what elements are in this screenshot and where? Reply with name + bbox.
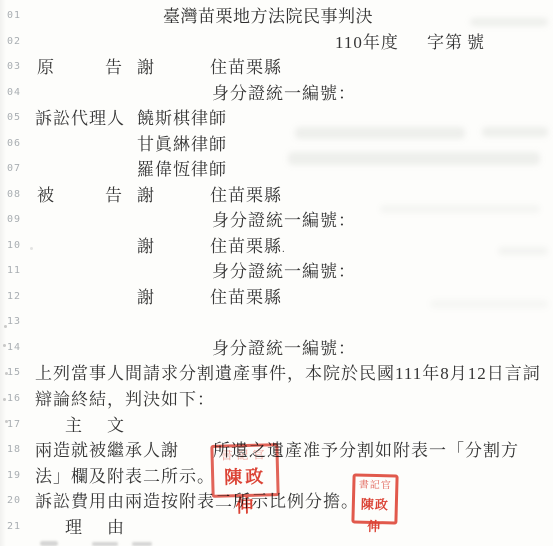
line-number: 07 — [7, 163, 21, 174]
id-number-label: 身分證統一編號： — [212, 83, 356, 105]
line-number: 17 — [7, 419, 21, 430]
scan-artifact — [40, 541, 58, 546]
plaintiff-address: 住苗栗縣 — [210, 57, 282, 79]
defendant-surname: 謝 — [137, 185, 155, 207]
doc-line-11: 11 身分證統一編號： — [0, 261, 553, 285]
plaintiff-role-second: 告 — [105, 57, 123, 79]
main-text-heading: 文 — [107, 415, 125, 437]
doc-line-13: 13 — [0, 312, 553, 336]
doc-line-07: 07 羅偉恆律師 — [0, 159, 553, 183]
judgment-intro-text: 上列當事人間請求分割遺產事件，本院於民國111年8月12日言詞 — [35, 363, 541, 385]
seal-title: 書記官 — [213, 447, 275, 464]
defendant-role-second: 告 — [105, 185, 123, 207]
line-number: 13 — [7, 316, 21, 327]
defendant-surname: 謝 — [137, 236, 155, 258]
doc-line-16: 16 辯論終結，判決如下： — [0, 389, 553, 413]
reason-heading: 由 — [107, 517, 125, 539]
attorney-label: 訴訟代理人 — [35, 108, 125, 130]
id-number-label: 身分證統一編號： — [212, 338, 356, 360]
line-number: 10 — [7, 240, 21, 251]
seal-title: 書記官 — [355, 477, 395, 494]
line-number: 08 — [7, 189, 21, 200]
stray-dot: . — [282, 243, 286, 255]
doc-line-06: 06 甘眞綝律師 — [0, 134, 553, 158]
line-number: 11 — [7, 265, 21, 276]
id-number-label: 身分證統一編號： — [212, 210, 356, 232]
doc-line-21: 21 理 由 — [0, 517, 553, 541]
defendant-address: 住苗栗縣 — [210, 287, 282, 309]
defendant-role-first: 被 — [37, 185, 55, 207]
plaintiff-surname: 謝 — [137, 57, 155, 79]
case-number: 號 — [467, 32, 485, 54]
case-year: 110年度 — [335, 32, 399, 54]
doc-line-04: 04 身分證統一編號： — [0, 83, 553, 107]
judgment-document-page: 01 臺灣苗栗地方法院民事判決 02 110年度 字第 號 03 原 告 謝 住… — [0, 0, 553, 546]
main-text-line: 法」欄及附表二所示。 — [35, 466, 215, 488]
judgment-intro-text: 辯論終結，判決如下： — [35, 389, 215, 411]
doc-line-12: 12 謝 住苗栗縣 — [0, 287, 553, 311]
scan-artifact — [92, 542, 118, 546]
reason-heading: 理 — [65, 517, 83, 539]
line-number: 04 — [7, 87, 21, 98]
attorney-name: 羅偉恆律師 — [137, 159, 227, 181]
main-text-heading: 主 — [65, 415, 83, 437]
doc-line-09: 09 身分證統一編號： — [0, 210, 553, 234]
doc-line-17: 17 主 文 — [0, 415, 553, 439]
defendant-address: 住苗栗縣. — [210, 236, 286, 260]
doc-line-02: 02 110年度 字第 號 — [0, 32, 553, 56]
doc-line-03: 03 原 告 謝 住苗栗縣 — [0, 57, 553, 81]
line-number: 05 — [7, 112, 21, 123]
doc-line-01: 01 臺灣苗栗地方法院民事判決 — [0, 6, 553, 30]
id-number-label: 身分證統一編號： — [212, 261, 356, 283]
main-text-line: 兩造就被繼承人謝 — [35, 440, 179, 462]
line-number: 19 — [7, 470, 21, 481]
line-number: 01 — [7, 10, 21, 21]
seal-name: 陳政伸 — [214, 462, 277, 522]
seal-name: 陳政伸 — [354, 493, 395, 538]
doc-line-08: 08 被 告 謝 住苗栗縣 — [0, 185, 553, 209]
line-number: 09 — [7, 214, 21, 225]
defendant-surname: 謝 — [137, 287, 155, 309]
line-number: 16 — [7, 393, 21, 404]
line-number: 14 — [7, 342, 21, 353]
costs-line: 訴訟費用由兩造按附表二所示比例分擔。 — [35, 491, 359, 513]
doc-line-14: 14 身分證統一編號： — [0, 338, 553, 362]
attorney-name: 饒斯棋律師 — [137, 108, 227, 130]
line-number: 06 — [7, 138, 21, 149]
line-number: 21 — [7, 521, 21, 532]
defendant-address: 住苗栗縣 — [210, 185, 282, 207]
document-title: 臺灣苗栗地方法院民事判決 — [163, 6, 373, 28]
plaintiff-role-first: 原 — [37, 57, 55, 79]
line-number: 02 — [7, 36, 21, 47]
doc-line-05: 05 訴訟代理人 饒斯棋律師 — [0, 108, 553, 132]
line-number: 03 — [7, 61, 21, 72]
case-word: 字第 — [427, 32, 463, 54]
doc-line-15: 15 上列當事人間請求分割遺產事件，本院於民國111年8月12日言詞 — [0, 363, 553, 387]
attorney-name: 甘眞綝律師 — [137, 134, 227, 156]
line-number: 18 — [7, 444, 21, 455]
line-number: 20 — [7, 495, 21, 506]
line-number: 12 — [7, 291, 21, 302]
line-number: 15 — [7, 367, 21, 378]
doc-line-10: 10 謝 住苗栗縣. — [0, 236, 553, 260]
clerk-seal-stamp: 書記官 陳政伸 — [210, 443, 279, 498]
clerk-seal-stamp: 書記官 陳政伸 — [351, 473, 398, 524]
scan-artifact — [132, 542, 152, 546]
